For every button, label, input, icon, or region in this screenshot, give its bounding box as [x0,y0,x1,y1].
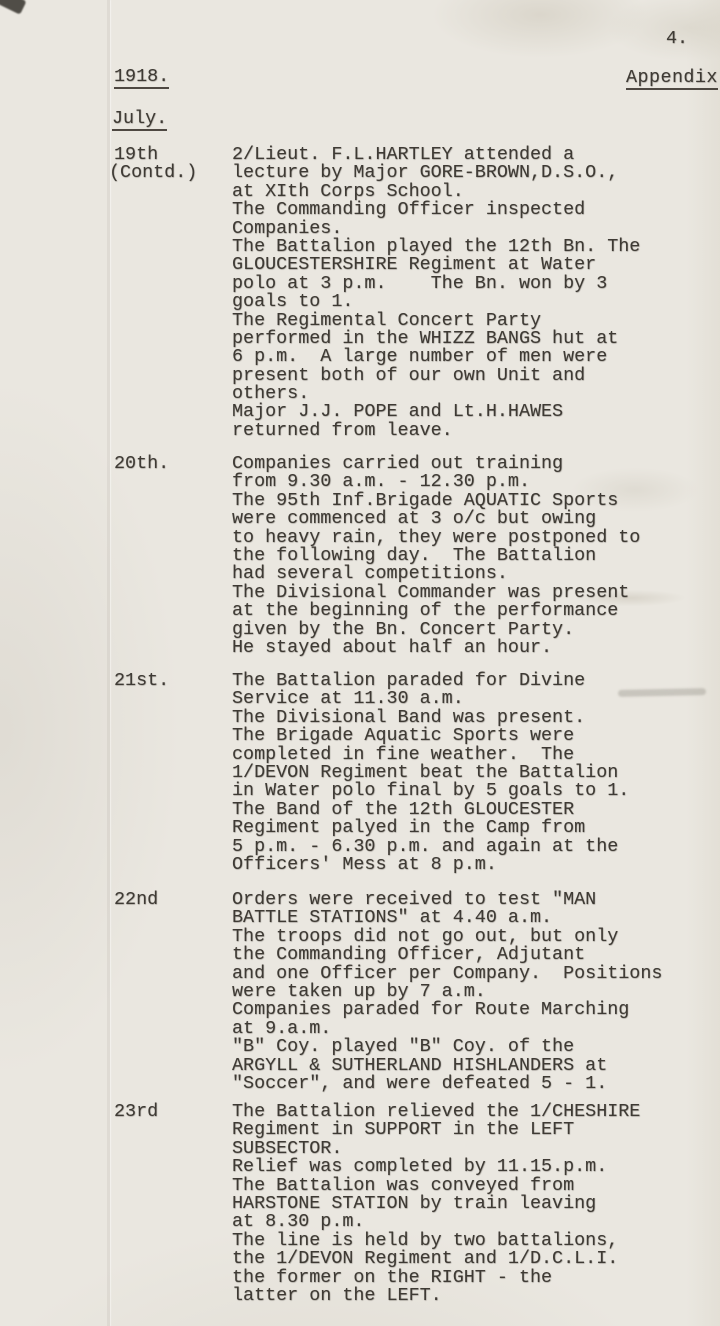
diary-line: the Commanding Officer, Adjutant [232,946,662,964]
diary-line: at the beginning of the performance [232,602,640,620]
entry-text: Companies carried out trainingfrom 9.30 … [232,455,640,657]
entry-text: The Battalion relieved the 1/CHESHIREReg… [232,1103,640,1305]
diary-line: at 8.30 p.m. [232,1213,640,1231]
page-number: 4. [666,29,688,48]
diary-line: were commenced at 3 o/c but owing [232,510,640,528]
diary-line: He stayed about half an hour. [232,639,640,657]
diary-line: The Brigade Aquatic Sports were [232,727,629,745]
diary-line: "B" Coy. played "B" Coy. of the [232,1038,662,1056]
diary-line: Officers' Mess at 8 p.m. [232,856,629,874]
diary-line: latter on the LEFT. [232,1287,640,1305]
diary-line: Regiment palyed in the Camp from [232,819,629,837]
paper-crease [107,0,110,1326]
entry-date-label: 21st. [114,672,169,690]
ink-smudge [618,688,706,697]
appendix-label: Appendix [626,68,718,90]
entry-text: Orders were received to test "MANBATTLE … [232,891,662,1093]
war-diary-page: 4. 1918. Appendix July. 19th(Contd.)2/Li… [0,0,720,1326]
diary-line: had several competitions. [232,565,640,583]
diary-line: GLOUCESTERSHIRE Regiment at Water [232,256,640,274]
entry-date-label: 22nd [114,891,158,909]
diary-line: "Soccer", and were defeated 5 - 1. [232,1075,662,1093]
diary-line: the 1/DEVON Regiment and 1/D.C.L.I. [232,1250,640,1268]
entry-date-line: 22nd [114,891,158,909]
diary-line: 6 p.m. A large number of men were [232,348,640,366]
entry-date-label: 20th. [114,455,169,473]
diary-line: in Water polo final by 5 goals to 1. [232,782,629,800]
diary-line: goals to 1. [232,293,640,311]
entry-text: The Battalion paraded for DivineService … [232,672,629,874]
diary-line: Companies paraded for Route Marching [232,1001,662,1019]
scan-corner-artifact [0,0,27,15]
entry-text: 2/Lieut. F.L.HARTLEY attended alecture b… [232,146,640,440]
diary-line: returned from leave. [232,422,640,440]
month-heading: July. [112,109,167,131]
year-heading: 1918. [114,67,169,89]
diary-line: The Commanding Officer inspected [232,201,640,219]
diary-line: Relief was completed by 11.15.p.m. [232,1158,640,1176]
entry-date-line: 23rd [114,1103,158,1121]
entry-date-line: 21st. [114,672,169,690]
entry-date-line: (Contd.) [109,164,197,182]
entry-date-label: 23rd [114,1103,158,1121]
entry-date-label: 19th(Contd.) [114,146,197,183]
entry-date-line: 20th. [114,455,169,473]
